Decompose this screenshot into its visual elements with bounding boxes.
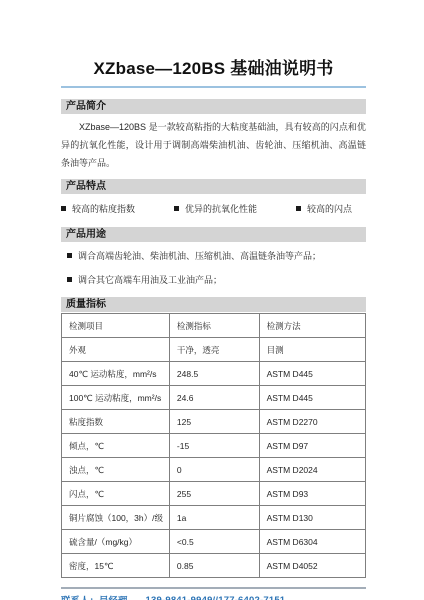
column-header-value: 检测指标: [169, 314, 259, 338]
bullet-square-icon: [296, 206, 301, 211]
cell-method: ASTM D93: [259, 482, 365, 506]
cell-value: <0.5: [169, 530, 259, 554]
feature-label: 较高的闪点: [307, 202, 352, 215]
cell-method: ASTM D445: [259, 386, 365, 410]
table-row: 密度，15℃ 0.85 ASTM D4052: [62, 554, 366, 578]
feature-item: 较高的粘度指数: [61, 202, 135, 215]
cell-method: ASTM D97: [259, 434, 365, 458]
cell-method: ASTM D2024: [259, 458, 365, 482]
cell-item: 外观: [62, 338, 170, 362]
feature-item: 较高的闪点: [296, 202, 352, 215]
cell-value: -15: [169, 434, 259, 458]
cell-item: 浊点，℃: [62, 458, 170, 482]
column-header-method: 检测方法: [259, 314, 365, 338]
cell-item: 100℃ 运动粘度，mm²/s: [62, 386, 170, 410]
cell-value: 255: [169, 482, 259, 506]
cell-method: ASTM D4052: [259, 554, 365, 578]
use-item: 调合其它高端车用油及工业油产品；: [67, 273, 366, 286]
intro-paragraph: XZbase—120BS 是一款较高粘指的大粘度基础油，具有较高的闪点和优异的抗…: [61, 118, 366, 172]
cell-method: ASTM D445: [259, 362, 365, 386]
bullet-square-icon: [174, 206, 179, 211]
quality-spec-table: 检测项目 检测指标 检测方法 外观 干净，透亮 目测 40℃ 运动粘度，mm²/…: [61, 313, 366, 578]
column-header-item: 检测项目: [62, 314, 170, 338]
section-heading-features: 产品特点: [61, 179, 366, 194]
contact-footer: 联系人：吴经理 139-9841-9949//177-6402-7151: [61, 587, 366, 600]
feature-label: 较高的粘度指数: [72, 202, 135, 215]
use-label: 调合高端齿轮油、柴油机油、压缩机油、高温链条油等产品；: [78, 249, 321, 262]
cell-value: 125: [169, 410, 259, 434]
cell-value: 248.5: [169, 362, 259, 386]
table-row: 100℃ 运动粘度，mm²/s 24.6 ASTM D445: [62, 386, 366, 410]
feature-item: 优异的抗氧化性能: [174, 202, 257, 215]
cell-item: 铜片腐蚀（100，3h）/级: [62, 506, 170, 530]
section-heading-uses: 产品用途: [61, 227, 366, 242]
section-heading-quality: 质量指标: [61, 297, 366, 312]
use-item: 调合高端齿轮油、柴油机油、压缩机油、高温链条油等产品；: [67, 249, 366, 262]
document-page: XZbase—120BS 基础油说明书 产品简介 XZbase—120BS 是一…: [0, 0, 424, 600]
cell-value: 0.85: [169, 554, 259, 578]
bullet-square-icon: [67, 253, 72, 258]
table-row: 铜片腐蚀（100，3h）/级 1a ASTM D130: [62, 506, 366, 530]
table-row: 粘度指数 125 ASTM D2270: [62, 410, 366, 434]
contact-phones: 139-9841-9949//177-6402-7151: [146, 595, 286, 600]
cell-method: 目测: [259, 338, 365, 362]
document-content: XZbase—120BS 基础油说明书 产品简介 XZbase—120BS 是一…: [61, 0, 366, 600]
table-row: 闪点，℃ 255 ASTM D93: [62, 482, 366, 506]
bullet-square-icon: [67, 277, 72, 282]
table-row: 浊点，℃ 0 ASTM D2024: [62, 458, 366, 482]
table-row: 倾点，℃ -15 ASTM D97: [62, 434, 366, 458]
table-header-row: 检测项目 检测指标 检测方法: [62, 314, 366, 338]
cell-method: ASTM D6304: [259, 530, 365, 554]
cell-item: 硫含量/（mg/kg）: [62, 530, 170, 554]
cell-item: 闪点，℃: [62, 482, 170, 506]
section-heading-intro: 产品简介: [61, 99, 366, 114]
cell-value: 0: [169, 458, 259, 482]
features-list: 较高的粘度指数 优异的抗氧化性能 较高的闪点: [61, 202, 366, 215]
table-row: 40℃ 运动粘度，mm²/s 248.5 ASTM D445: [62, 362, 366, 386]
cell-item: 粘度指数: [62, 410, 170, 434]
table-row: 外观 干净，透亮 目测: [62, 338, 366, 362]
use-label: 调合其它高端车用油及工业油产品；: [78, 273, 222, 286]
cell-method: ASTM D2270: [259, 410, 365, 434]
contact-person: 联系人：吴经理: [61, 593, 128, 600]
feature-label: 优异的抗氧化性能: [185, 202, 257, 215]
cell-item: 倾点，℃: [62, 434, 170, 458]
cell-method: ASTM D130: [259, 506, 365, 530]
uses-list: 调合高端齿轮油、柴油机油、压缩机油、高温链条油等产品； 调合其它高端车用油及工业…: [61, 249, 366, 286]
cell-value: 干净，透亮: [169, 338, 259, 362]
cell-item: 密度，15℃: [62, 554, 170, 578]
page-title: XZbase—120BS 基础油说明书: [61, 54, 366, 88]
cell-value: 1a: [169, 506, 259, 530]
cell-value: 24.6: [169, 386, 259, 410]
bullet-square-icon: [61, 206, 66, 211]
table-row: 硫含量/（mg/kg） <0.5 ASTM D6304: [62, 530, 366, 554]
cell-item: 40℃ 运动粘度，mm²/s: [62, 362, 170, 386]
